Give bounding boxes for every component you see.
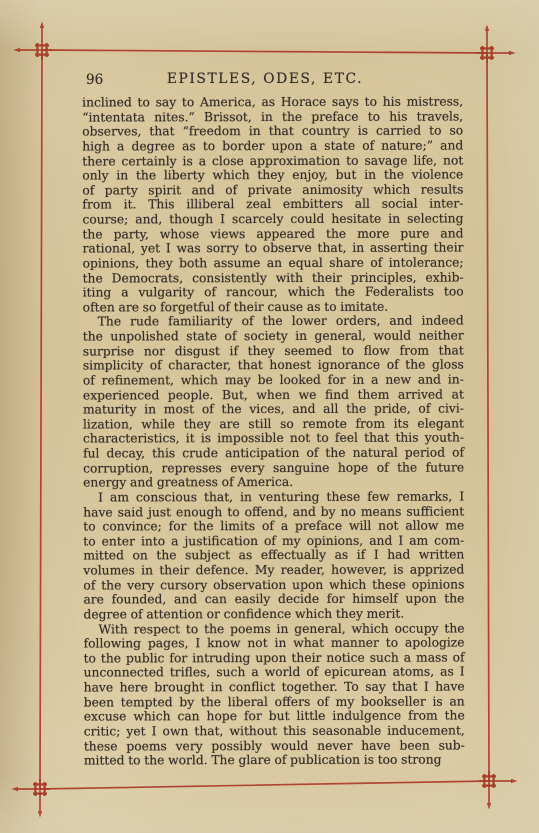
- text-line: excuse which can hope for but little ind…: [84, 709, 465, 725]
- text-line: course; and, though I scarcely could hes…: [82, 212, 463, 228]
- text-line: rational, yet I was sorry to observe tha…: [83, 241, 464, 257]
- text-line: critic; yet I own that, without this sea…: [84, 723, 465, 739]
- text-line: surprise nor disgust if they seemed to f…: [83, 343, 464, 359]
- text-line: maturity in most of the vices, and all t…: [83, 402, 464, 418]
- text-line: of party spirit and of private animosity…: [82, 182, 463, 198]
- text-line: high a degree as to border upon a state …: [82, 138, 463, 154]
- text-line: The rude familiarity of the lower orders…: [83, 314, 464, 330]
- text-line: simplicity of character, that honest ign…: [83, 358, 464, 374]
- text-line: only in the liberty which they enjoy, bu…: [82, 168, 463, 184]
- text-line: volumes in their defence. My reader, how…: [83, 563, 464, 579]
- page-header: 96 EPISTLES, ODES, ETC.: [42, 71, 488, 91]
- corner-ornament-bottom-right: [479, 771, 518, 810]
- text-line: characteristics, it is impossible not to…: [83, 431, 464, 447]
- text-line: With respect to the poems in general, wh…: [83, 621, 464, 637]
- text-line: “intentata nites.” Brissot, in the prefa…: [82, 109, 463, 125]
- text-line: following pages, I know not in what mann…: [84, 636, 465, 652]
- text-line: experienced people. But, when we find th…: [83, 387, 464, 403]
- text-line: from it. This illiberal zeal embitters a…: [82, 197, 463, 213]
- text-line: I am conscious that, in venturing these …: [83, 489, 464, 505]
- text-line: of refinement, which may be looked for i…: [83, 372, 464, 388]
- text-line: opinions, they both assume an equal shar…: [83, 255, 464, 271]
- text-line: the party, whose views appeared the more…: [82, 226, 463, 242]
- text-line: there certainly is a close approximation…: [82, 153, 463, 169]
- text-line: to convince; for the limits of a preface…: [83, 519, 464, 535]
- text-line: been tempted by the liberal offers of my…: [84, 694, 465, 710]
- text-line: these poems very possibly would never ha…: [84, 738, 465, 754]
- running-head: EPISTLES, ODES, ETC.: [42, 71, 488, 87]
- corner-ornament-bottom-left: [12, 779, 51, 818]
- text-line: lization, while they are still so remote…: [83, 416, 464, 432]
- text-line: often are so forgetful of their cause as…: [83, 299, 464, 315]
- text-line: have here brought in conflict together. …: [84, 680, 465, 696]
- text-line: mitted on the subject as effectually as …: [83, 548, 464, 564]
- text-line: are founded, and can easily decide for h…: [83, 592, 464, 608]
- text-line: unconnected trifles, such a world of epi…: [84, 665, 465, 681]
- corner-ornament-top-right: [477, 25, 516, 64]
- text-line: have said just enough to offend, and by …: [83, 504, 464, 520]
- text-block: inclined to say to America, as Horace sa…: [82, 95, 465, 769]
- corner-ornament-top-left: [14, 22, 53, 61]
- text-line: iting a vulgarity of rancour, which the …: [83, 285, 464, 301]
- text-line: energy and greatness of America.: [83, 475, 464, 491]
- text-line: to the public for intruding upon their n…: [84, 650, 465, 666]
- scanned-book-page: { "page": { "number": "96", "running_hea…: [0, 0, 539, 833]
- text-line: degree of attention or confidence which …: [83, 606, 464, 622]
- text-line: inclined to say to America, as Horace sa…: [82, 95, 463, 111]
- text-line: of the very cursory observation upon whi…: [83, 577, 464, 593]
- text-line: corruption, represses every sanguine hop…: [83, 460, 464, 476]
- text-line: observes, that “freedom in that country …: [82, 124, 463, 140]
- text-line: mitted to the world. The glare of public…: [84, 753, 465, 769]
- text-line: to enter into a justification of my opin…: [83, 533, 464, 549]
- text-line: the unpolished state of society in gener…: [83, 329, 464, 345]
- text-line: ful decay, this crude anticipation of th…: [83, 446, 464, 462]
- text-line: the Democrats, consistently with their p…: [83, 270, 464, 286]
